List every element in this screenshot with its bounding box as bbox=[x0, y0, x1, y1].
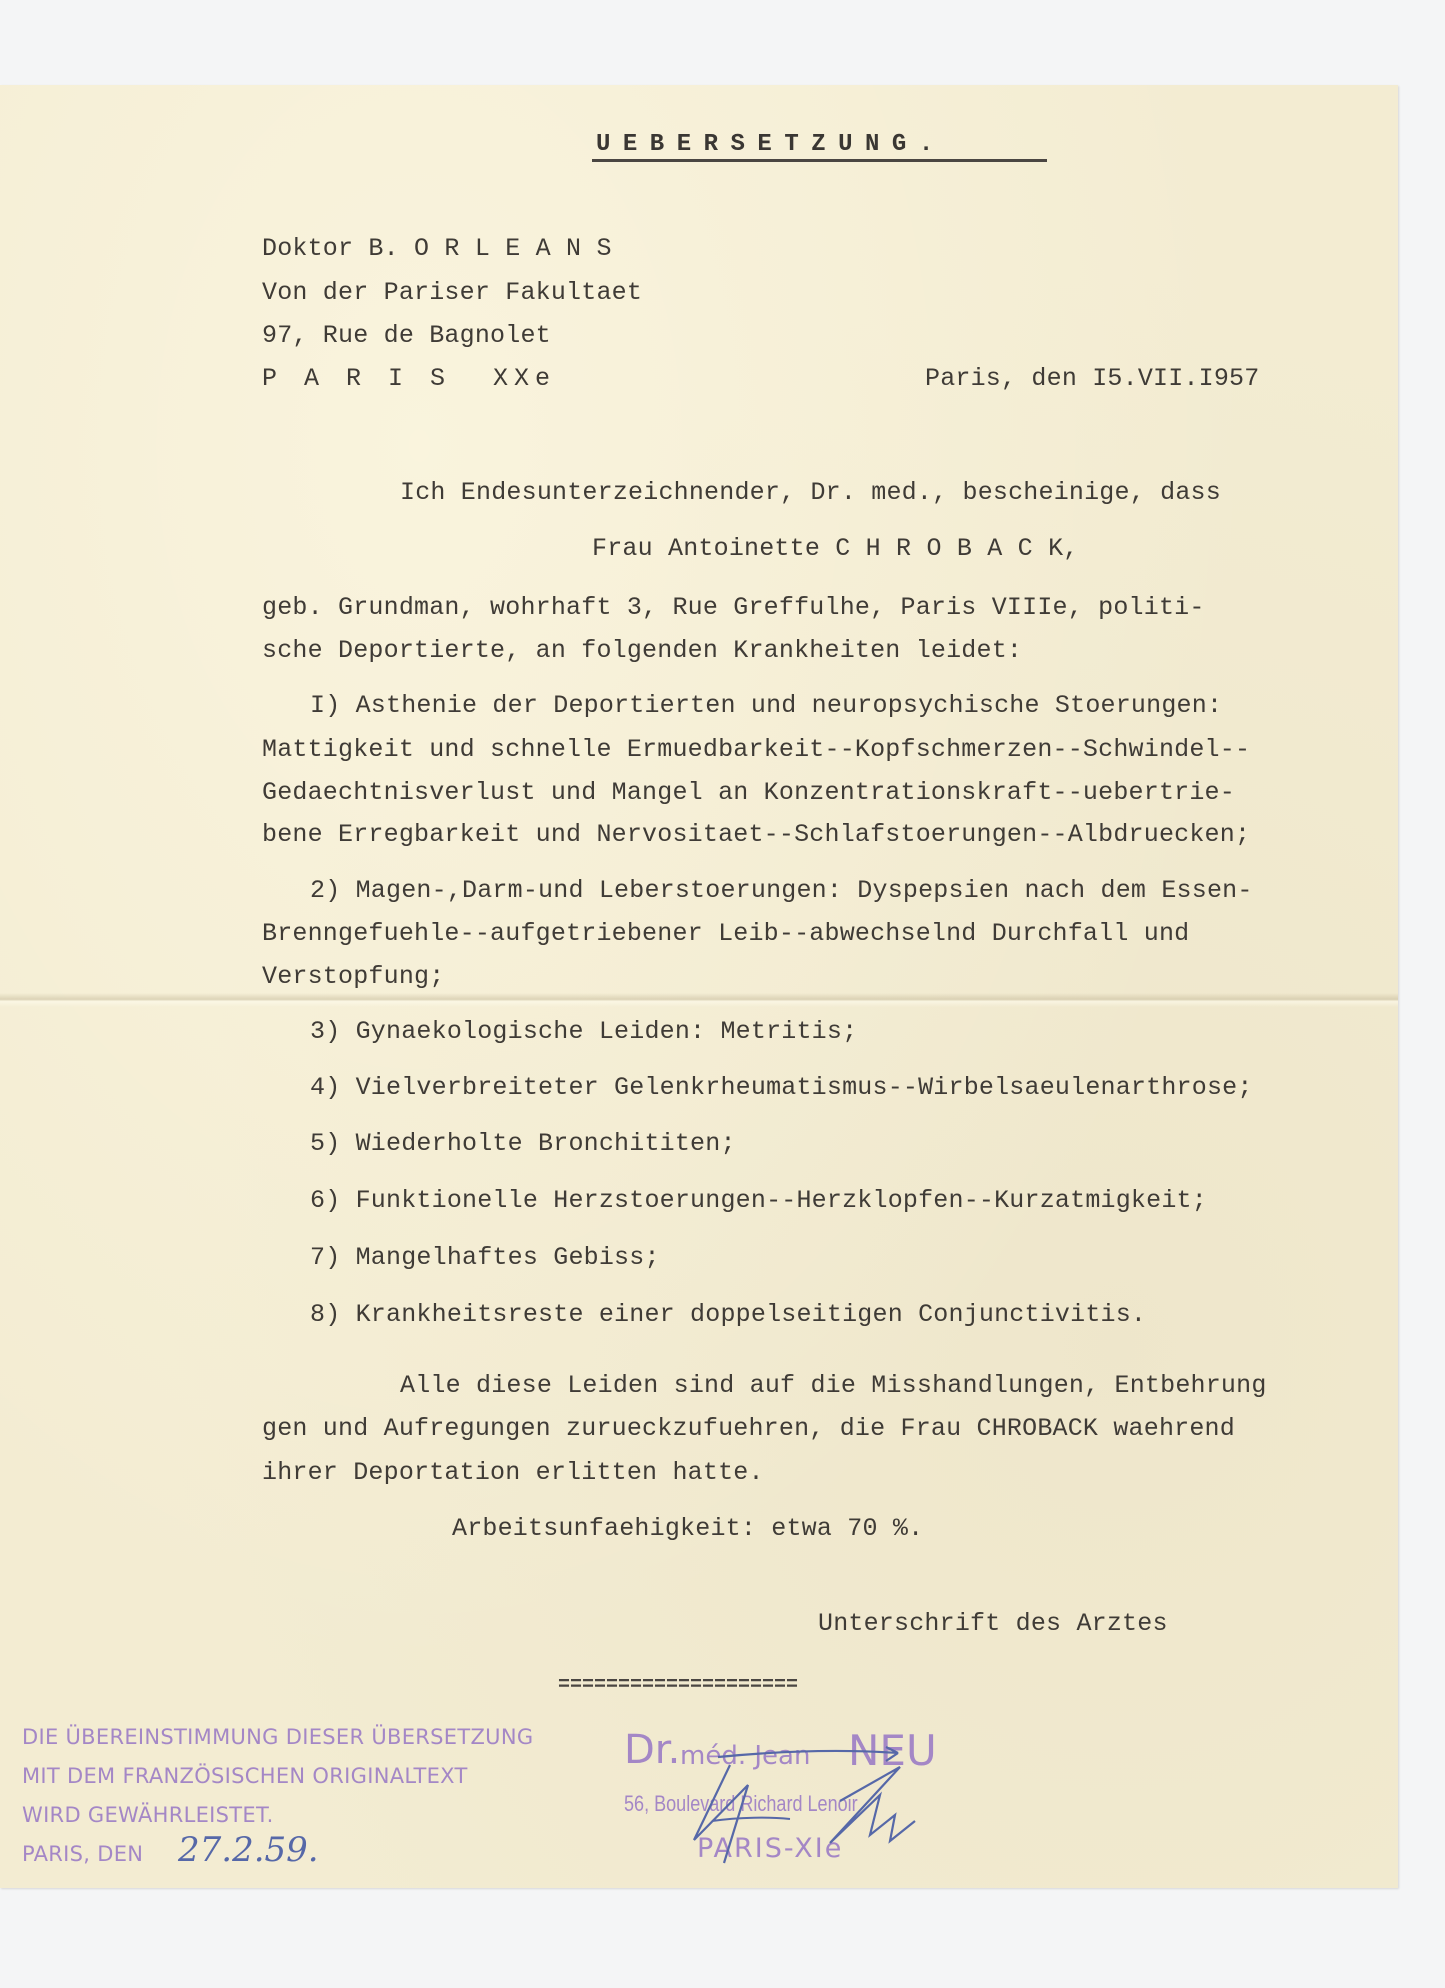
condition-1-line: I) Asthenie der Deportierten und neurops… bbox=[310, 693, 1222, 718]
condition-2-line: Verstopfung; bbox=[262, 964, 444, 989]
certification-stamp-line: PARIS, DEN bbox=[22, 1844, 143, 1865]
patient-details-line: geb. Grundman, wohrhaft 3, Rue Greffulhe… bbox=[262, 595, 1205, 620]
condition-3-line: 3) Gynaekologische Leiden: Metritis; bbox=[310, 1019, 857, 1044]
certification-stamp-line: MIT DEM FRANZÖSISCHEN ORIGINALTEXT bbox=[22, 1766, 468, 1787]
sender-faculty: Von der Pariser Fakultaet bbox=[262, 280, 642, 305]
patient-details-line: sche Deportierte, an folgenden Krankheit… bbox=[262, 638, 1022, 663]
document-title: UEBERSETZUNG. bbox=[596, 133, 946, 157]
condition-6-line: 6) Funktionelle Herzstoerungen--Herzklop… bbox=[310, 1188, 1207, 1213]
certification-stamp-line: DIE ÜBEREINSTIMMUNG DIESER ÜBERSETZUNG bbox=[22, 1727, 533, 1748]
title-underline bbox=[592, 159, 1047, 162]
certification-stamp-line: WIRD GEWÄHRLEISTET. bbox=[22, 1805, 274, 1826]
signature-scribble bbox=[690, 1745, 960, 1865]
sender-street: 97, Rue de Bagnolet bbox=[262, 323, 551, 348]
incapacity-line: Arbeitsunfaehigkeit: etwa 70 %. bbox=[452, 1516, 923, 1541]
sender-name: Doktor B. O R L E A N S bbox=[262, 236, 612, 261]
conclusion-line: ihrer Deportation erlitten hatte. bbox=[262, 1460, 764, 1485]
condition-2-line: 2) Magen-,Darm-und Leberstoerungen: Dysp… bbox=[310, 878, 1253, 903]
paper-fold bbox=[0, 993, 1398, 1007]
condition-1-line: Gedaechtnisverlust und Mangel an Konzent… bbox=[262, 780, 1235, 805]
conclusion-line: gen und Aufregungen zurueckzufuehren, di… bbox=[262, 1416, 1235, 1441]
sender-city: P A R I S XXe bbox=[262, 366, 556, 391]
condition-7-line: 7) Mangelhaftes Gebiss; bbox=[310, 1245, 660, 1270]
separator-line: ==================== bbox=[558, 1674, 798, 1697]
translator-stamp-prefix: Dr. bbox=[624, 1730, 680, 1770]
letter-date: Paris, den I5.VII.I957 bbox=[925, 366, 1259, 391]
condition-1-line: Mattigkeit und schnelle Ermuedbarkeit--K… bbox=[262, 737, 1250, 762]
intro-line: Ich Endesunterzeichnender, Dr. med., bes… bbox=[400, 480, 1221, 505]
condition-8-line: 8) Krankheitsreste einer doppelseitigen … bbox=[310, 1302, 1146, 1327]
condition-1-line: bene Erregbarkeit und Nervositaet--Schla… bbox=[262, 822, 1250, 847]
condition-5-line: 5) Wiederholte Bronchititen; bbox=[310, 1131, 736, 1156]
conclusion-line: Alle diese Leiden sind auf die Misshandl… bbox=[400, 1373, 1267, 1398]
condition-2-line: Brenngefuehle--aufgetriebener Leib--abwe… bbox=[262, 921, 1189, 946]
condition-4-line: 4) Vielverbreiteter Gelenkrheumatismus--… bbox=[310, 1075, 1253, 1100]
signature-caption: Unterschrift des Arztes bbox=[818, 1611, 1168, 1636]
patient-line: Frau Antoinette C H R O B A C K, bbox=[592, 536, 1078, 561]
handwritten-date: 27.2.59. bbox=[178, 1830, 319, 1870]
document-page bbox=[0, 85, 1398, 1888]
